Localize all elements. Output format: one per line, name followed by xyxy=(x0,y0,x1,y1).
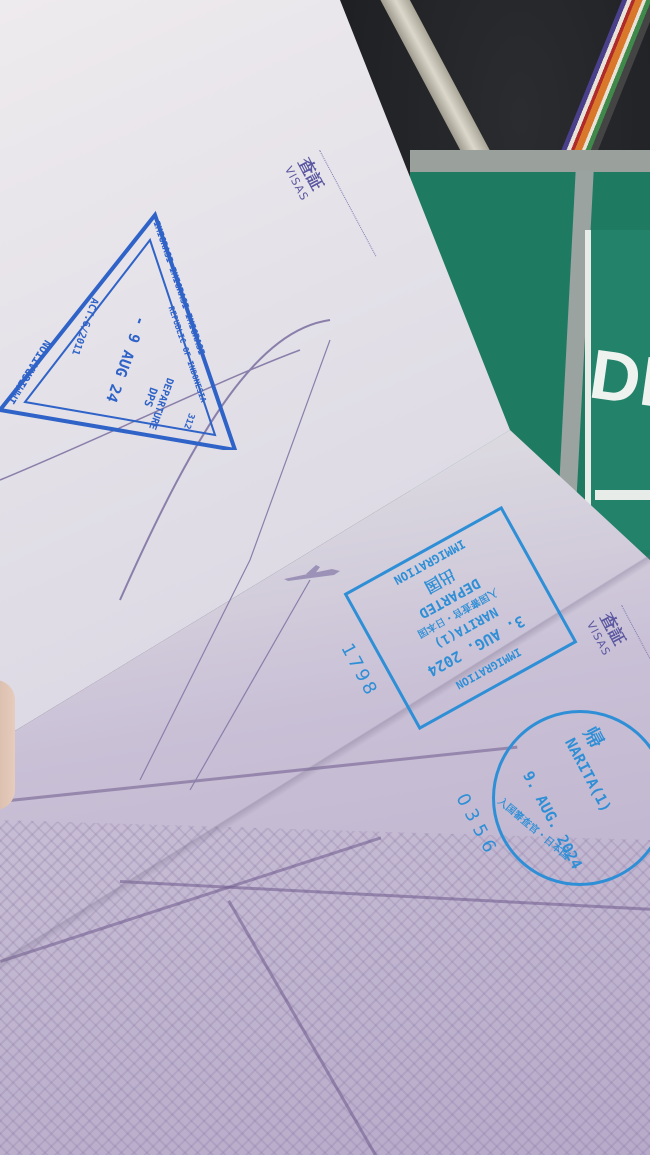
indonesia-departure-stamp: IMMIGRATION IMIGRASI IMIGRASI IMIGRASI R… xyxy=(0,210,240,450)
triangle-border xyxy=(0,210,240,450)
photo-scene: DE 査証 VISAS IMMIGRATION IMIGRASI IMIGRAS… xyxy=(0,0,650,1155)
thumb xyxy=(0,680,15,810)
